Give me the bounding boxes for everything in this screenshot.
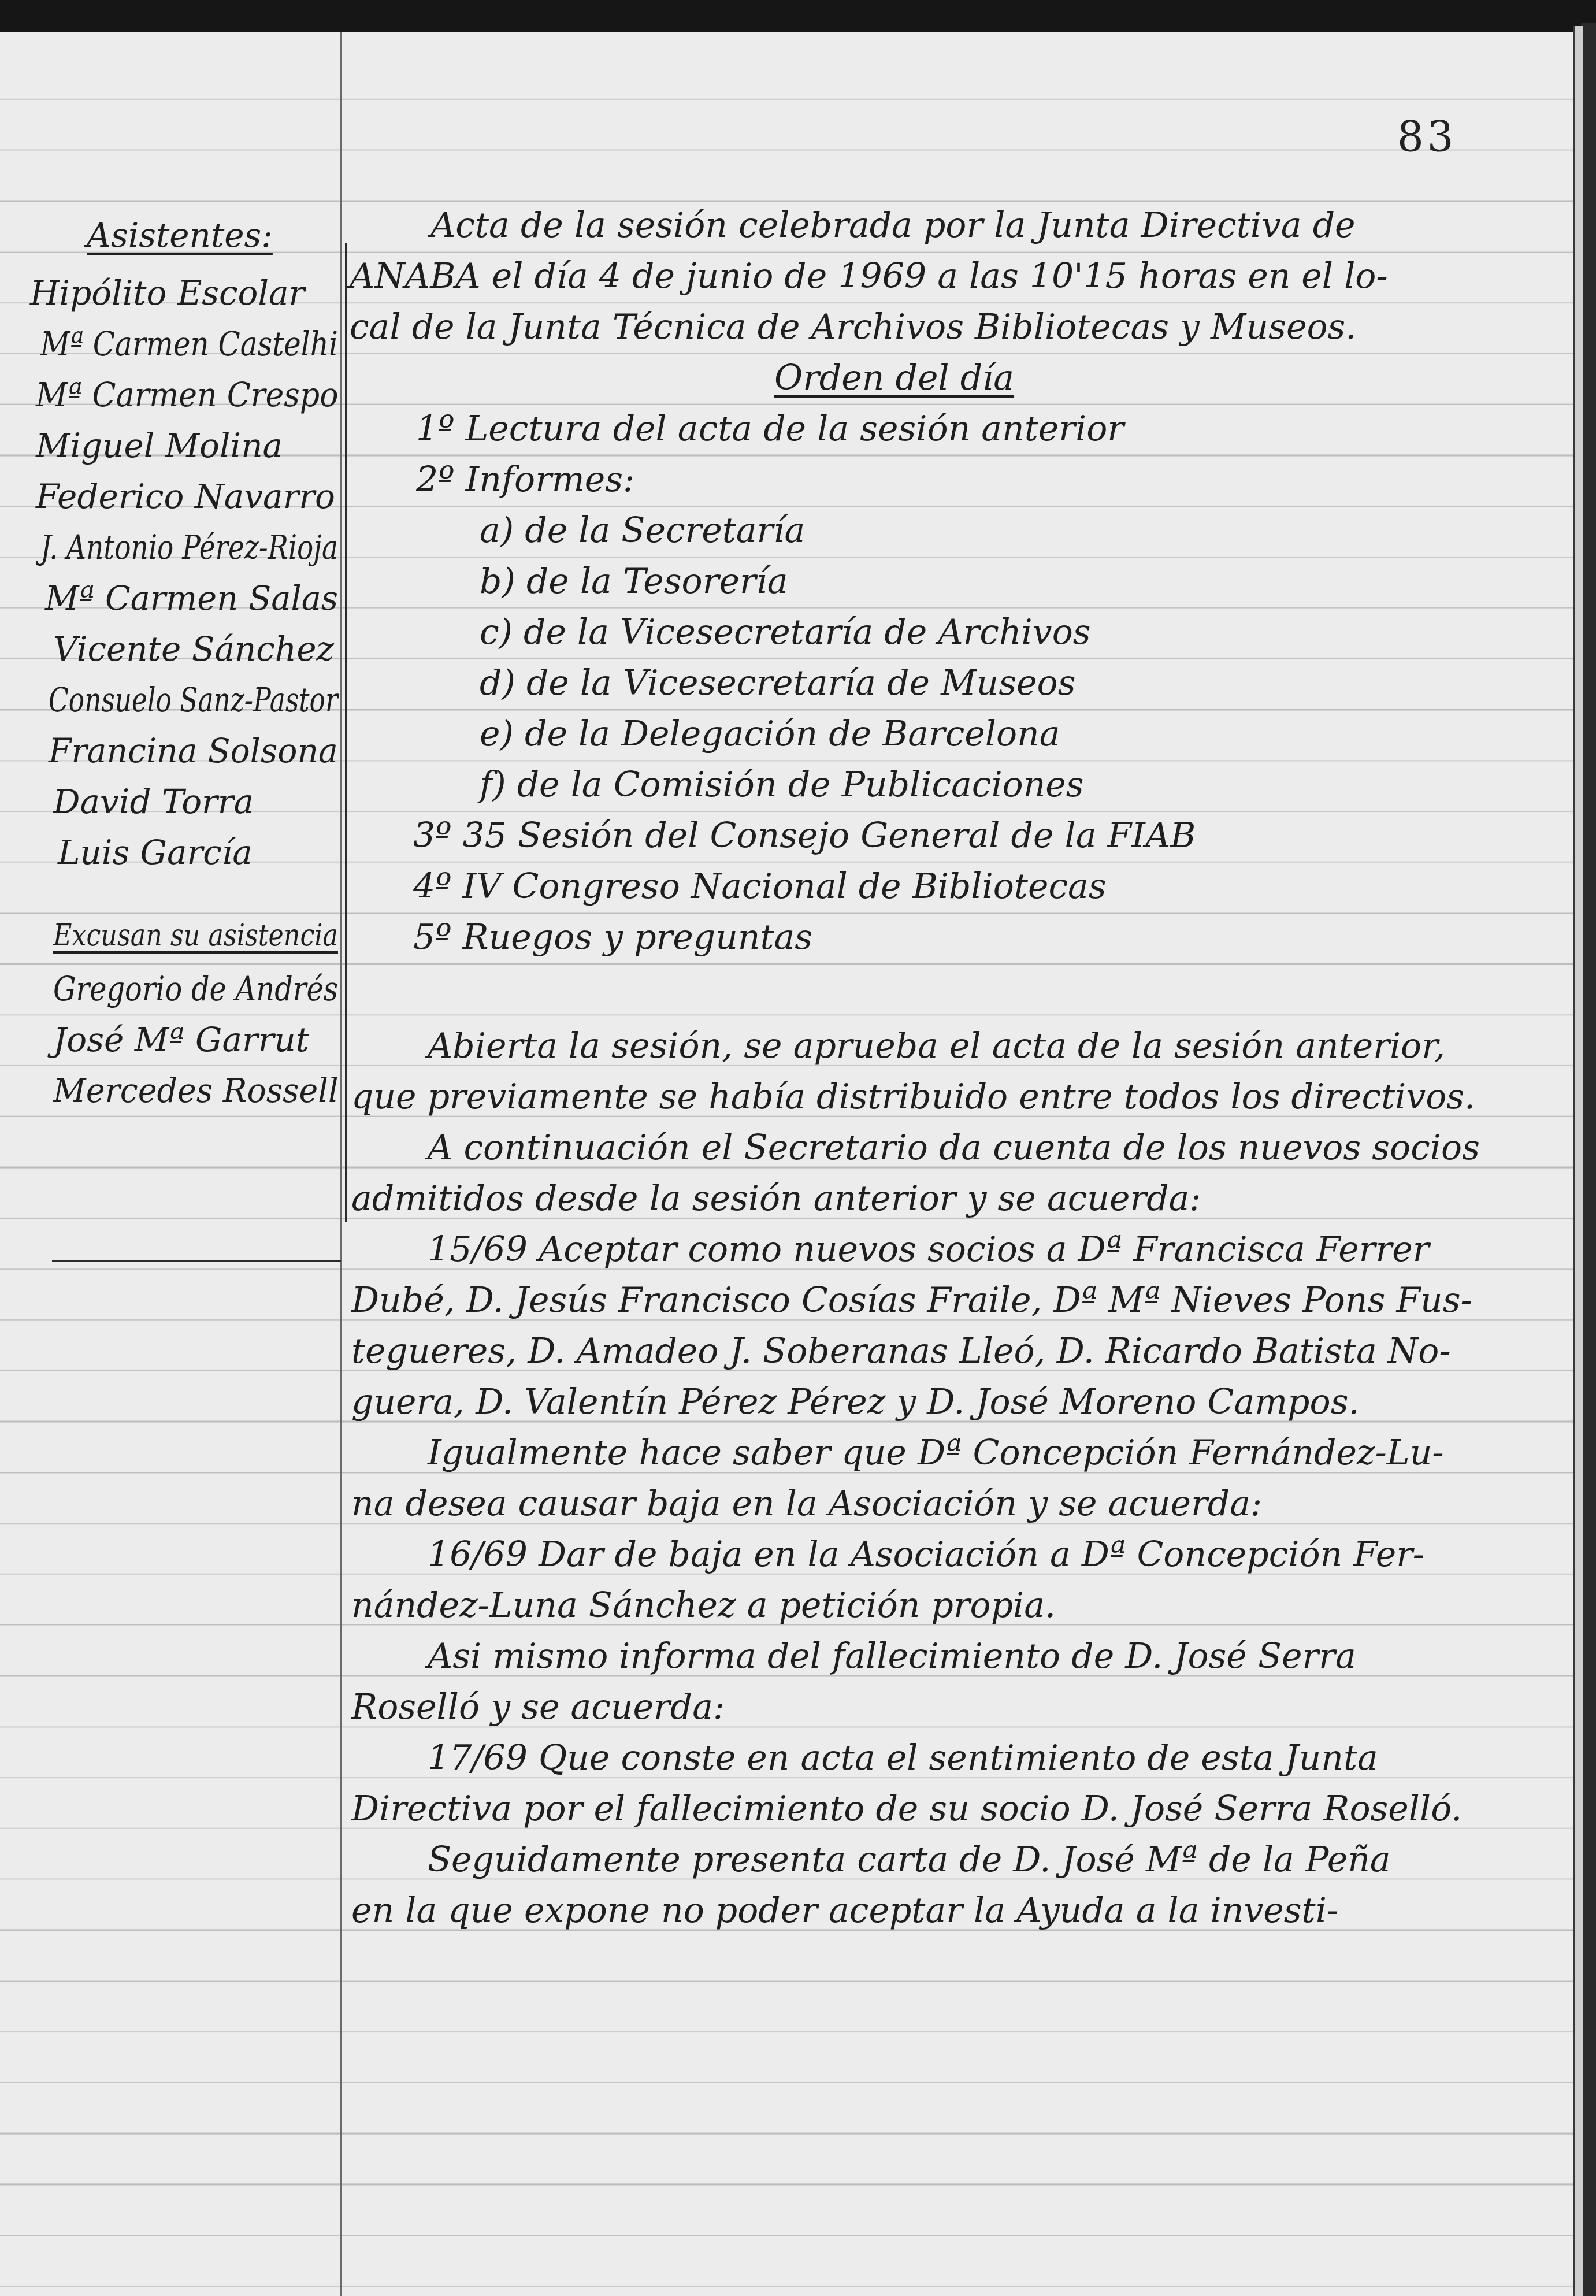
intro-line: ANABA el día 4 de junio de 1969 a las 10…	[350, 256, 1388, 296]
agenda-subitem: a) de la Secretaría	[480, 510, 805, 551]
body-line: 17/69 Que conste en acta el sentimiento …	[428, 1738, 1378, 1778]
body-line: Abierta la sesión, se aprueba el acta de…	[428, 1026, 1445, 1066]
body-line: Asi mismo informa del fallecimiento de D…	[428, 1636, 1356, 1676]
attendee: Federico Navarro	[36, 477, 335, 516]
attendee: David Torra	[53, 782, 254, 821]
agenda-subitem: c) de la Vicesecretaría de Archivos	[480, 612, 1091, 652]
body-line: nández-Luna Sánchez a petición propia.	[351, 1585, 1056, 1626]
body-line: tegueres, D. Amadeo J. Soberanas Lleó, D…	[351, 1331, 1451, 1371]
agenda-item: 4º IV Congreso Nacional de Bibliotecas	[413, 866, 1107, 907]
attendees-end-rule	[52, 1260, 341, 1262]
body-line: Roselló y se acuerda:	[351, 1687, 725, 1727]
body-line: Igualmente hace saber que Dª Concepción …	[428, 1433, 1444, 1473]
agenda-subitem: d) de la Vicesecretaría de Museos	[480, 663, 1075, 703]
excused-member: Mercedes Rossell	[53, 1071, 339, 1110]
body-line: na desea causar baja en la Asociación y …	[351, 1483, 1262, 1524]
attendee: Consuelo Sanz-Pastor	[49, 680, 338, 719]
attendee: Francina Solsona	[49, 731, 338, 770]
body-line: en la que expone no poder aceptar la Ayu…	[351, 1890, 1338, 1931]
body-line: guera, D. Valentín Pérez Pérez y D. José…	[351, 1382, 1360, 1422]
body-line: 16/69 Dar de baja en la Asociación a Dª …	[428, 1534, 1424, 1575]
agenda-title: Orden del día	[774, 358, 1014, 398]
agenda-subitem: e) de la Delegación de Barcelona	[480, 714, 1060, 754]
excused-member: José Mª Garrut	[53, 1020, 309, 1059]
attendee: Mª Carmen Crespo	[36, 375, 339, 414]
attendee: Hipólito Escolar	[30, 273, 305, 313]
body-line: Directiva por el fallecimiento de su soc…	[351, 1789, 1462, 1829]
excused-heading: Excusan su asistencia	[53, 918, 338, 953]
agenda-item: 2º Informes:	[416, 459, 634, 500]
agenda-subitem: f) de la Comisión de Publicaciones	[480, 765, 1084, 805]
body-line: que previamente se había distribuido ent…	[351, 1077, 1475, 1117]
body-line: Seguidamente presenta carta de D. José M…	[428, 1839, 1391, 1880]
body-line: admitidos desde la sesión anterior y se …	[351, 1178, 1201, 1219]
body-line: A continuación el Secretario da cuenta d…	[428, 1127, 1480, 1168]
agenda-item: 5º Ruegos y preguntas	[413, 917, 812, 958]
page-number: 83	[1397, 113, 1457, 161]
intro-line: cal de la Junta Técnica de Archivos Bibl…	[350, 307, 1356, 347]
book-binding	[1581, 23, 1596, 2296]
attendee: J. Antonio Pérez-Rioja	[40, 528, 338, 567]
attendee: Mª Carmen Salas	[45, 578, 338, 618]
page-edge	[1573, 26, 1583, 2296]
margin-line	[340, 32, 342, 2296]
excused-member: Gregorio de Andrés	[53, 969, 338, 1008]
attendees-heading: Asistentes:	[87, 216, 273, 255]
attendee: Mª Carmen Castelhi	[40, 324, 338, 363]
agenda-item: 3º 35 Sesión del Consejo General de la F…	[413, 815, 1196, 856]
agenda-subitem: b) de la Tesorería	[480, 561, 788, 602]
hand-drawn-column-divider	[345, 243, 347, 1222]
intro-line: Acta de la sesión celebrada por la Junta…	[430, 205, 1356, 246]
agenda-item: 1º Lectura del acta de la sesión anterio…	[416, 409, 1124, 449]
body-line: 15/69 Aceptar como nuevos socios a Dª Fr…	[428, 1229, 1429, 1270]
attendee: Miguel Molina	[36, 426, 283, 465]
attendee: Luis García	[58, 833, 253, 872]
attendee: Vicente Sánchez	[53, 629, 334, 669]
body-line: Dubé, D. Jesús Francisco Cosías Fraile, …	[351, 1280, 1472, 1321]
notebook-page: 83 Asistentes: Hipólito Escolar Mª Carme…	[0, 32, 1573, 2296]
